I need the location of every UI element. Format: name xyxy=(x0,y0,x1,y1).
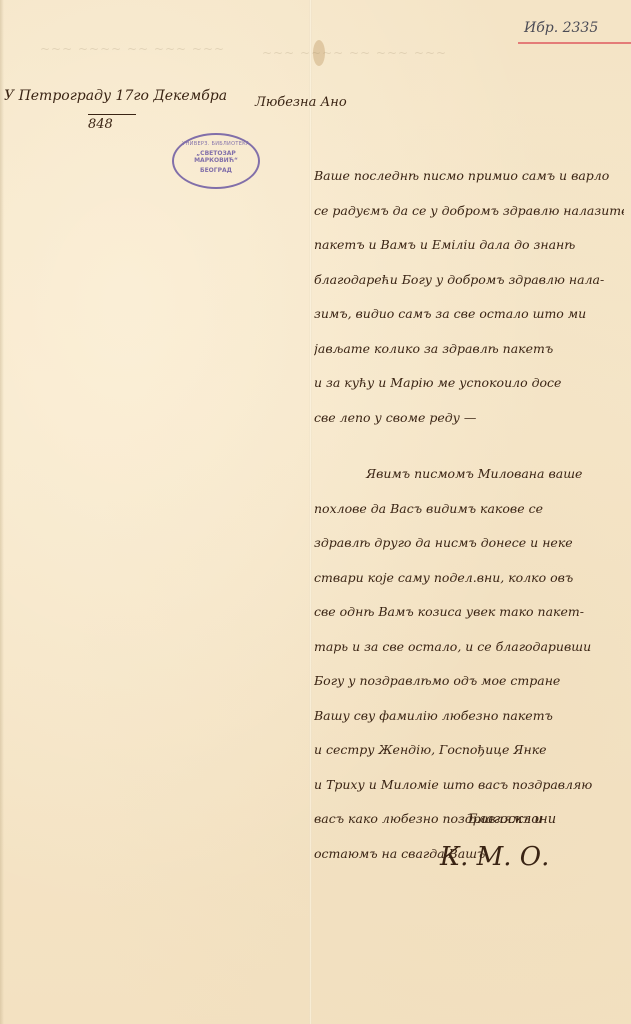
bleed-through-text: ~~~ ~~~~ ~~ ~~~ ~~~ xyxy=(262,46,447,60)
body-line: и сестру Жендію, Госпођице Янке xyxy=(314,742,624,777)
body-line: све лепо у своме реду — xyxy=(314,410,624,445)
body-line: Вашу сву фамилію любезно пакетъ xyxy=(314,708,624,743)
document-page: ~~~ ~~~~ ~~ ~~~ ~~~ ~~~ ~~~~ ~~ ~~~ ~~~ … xyxy=(0,0,631,1024)
stamp-line-1: УНИВЕРЗ. БИБЛИОТЕКА xyxy=(174,141,258,147)
letter-body: Ваше последнѣ писмо примио самъ и ваpло … xyxy=(314,168,624,880)
signature: К. М. О. xyxy=(440,842,549,872)
body-line: благодарећи Богу у добромъ здравлю нала- xyxy=(314,272,624,307)
inventory-underline xyxy=(518,42,631,44)
bleed-through-text: ~~~ ~~~~ ~~ ~~~ ~~~ xyxy=(40,42,225,56)
body-line: све однѣ Вамъ козиса увек тако пакет- xyxy=(314,604,624,639)
place-date: У Петрограду 17го Декембра xyxy=(4,88,227,104)
closing: Благосклони xyxy=(468,812,556,827)
body-line: јављате колико за здравлѣ пакетъ xyxy=(314,341,624,376)
year: 848 xyxy=(88,117,113,132)
body-line: похлове да Васъ видимъ какове се xyxy=(314,501,624,536)
stamp-line-2: „СВЕТОЗАР МАРКОВИЋ“ xyxy=(174,150,258,164)
body-line: и за кућу и Марію ме успокоило досе xyxy=(314,375,624,410)
stamp-line-3: БЕОГРАД xyxy=(174,167,258,174)
body-line: зимъ, видио самъ за све остало што ми xyxy=(314,306,624,341)
paragraph-gap xyxy=(314,444,624,466)
inventory-number: Ибр. 2335 xyxy=(524,20,598,36)
body-line: Явимъ писмомъ Милована ваше xyxy=(314,466,624,501)
paper-edge xyxy=(0,0,4,1024)
paper-fold-line xyxy=(309,0,312,1024)
year-rule xyxy=(88,114,136,115)
library-stamp: УНИВЕРЗ. БИБЛИОТЕКА „СВЕТОЗАР МАРКОВИЋ“ … xyxy=(172,133,260,189)
body-line: се радуємъ да се у добромъ здравлю налаз… xyxy=(314,203,624,238)
body-line: тарь и за све остало, и се благодаривши xyxy=(314,639,624,674)
salutation: Любезна Ано xyxy=(255,95,347,110)
body-line: Ваше последнѣ писмо примио самъ и ваpло xyxy=(314,168,624,203)
body-line: ствари које саму подел.вни, колко овъ xyxy=(314,570,624,605)
body-line: пакетъ и Вамъ и Еміліи дала до знанѣ xyxy=(314,237,624,272)
body-line: и Триху и Миломіе што васъ поздравляю xyxy=(314,777,624,812)
body-line: здравлѣ друго да нисмъ донесе и неке xyxy=(314,535,624,570)
body-line: Богу у поздравлѣмо одъ мое стране xyxy=(314,673,624,708)
